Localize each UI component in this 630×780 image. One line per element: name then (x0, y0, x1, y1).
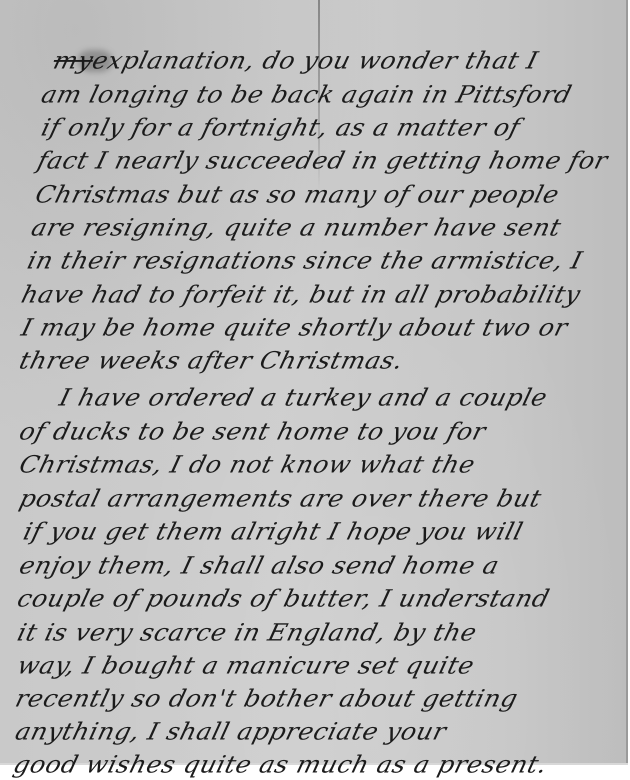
letter-line-4: fact I nearly succeeded in getting home … (35, 147, 611, 175)
letter-line-8: have had to forfeit it, but in all proba… (19, 281, 584, 309)
letter-line-14: postal arrangements are over there but (17, 485, 545, 513)
letter-line-16: enjoy them, I shall also send home a (17, 552, 503, 580)
letter-line-9: I may be home quite shortly about two or (19, 314, 571, 342)
letter-line-22: good wishes quite as much as a present. (11, 751, 551, 779)
letter-line-15: if you get them alright I hope you will (21, 518, 526, 546)
letter-line-20: recently so don't bother about getting (13, 685, 521, 713)
letter-line-7: in their resignations since the armistic… (25, 247, 586, 275)
letter-line-3: if only for a fortnight, as a matter of (39, 114, 524, 142)
letter-line-1: myexplanation, do you wonder that I (51, 47, 542, 75)
letter-line-5: Christmas but as so many of our people (33, 181, 563, 209)
letter-line-6: are resigning, quite a number have sent (29, 214, 565, 242)
letter-line-13: Christmas, I do not know what the (17, 451, 479, 479)
letter-line-2: am longing to be back again in Pittsford (39, 81, 575, 109)
letter-line-12: of ducks to be sent home to you for (17, 418, 489, 446)
letter-line-21: anything, I shall appreciate your (13, 718, 450, 746)
letter-line-19: way, I bought a manicure set quite (15, 652, 478, 680)
letter-line-17: couple of pounds of butter, I understand (15, 585, 553, 613)
letter-line-11: I have ordered a turkey and a couple (57, 384, 551, 412)
letter-page: myexplanation, do you wonder that I am l… (0, 0, 628, 763)
line-text: explanation, do you wonder that I (89, 47, 541, 75)
letter-line-18: it is very scarce in England, by the (15, 619, 480, 647)
letter-line-10: three weeks after Christmas. (17, 347, 407, 375)
